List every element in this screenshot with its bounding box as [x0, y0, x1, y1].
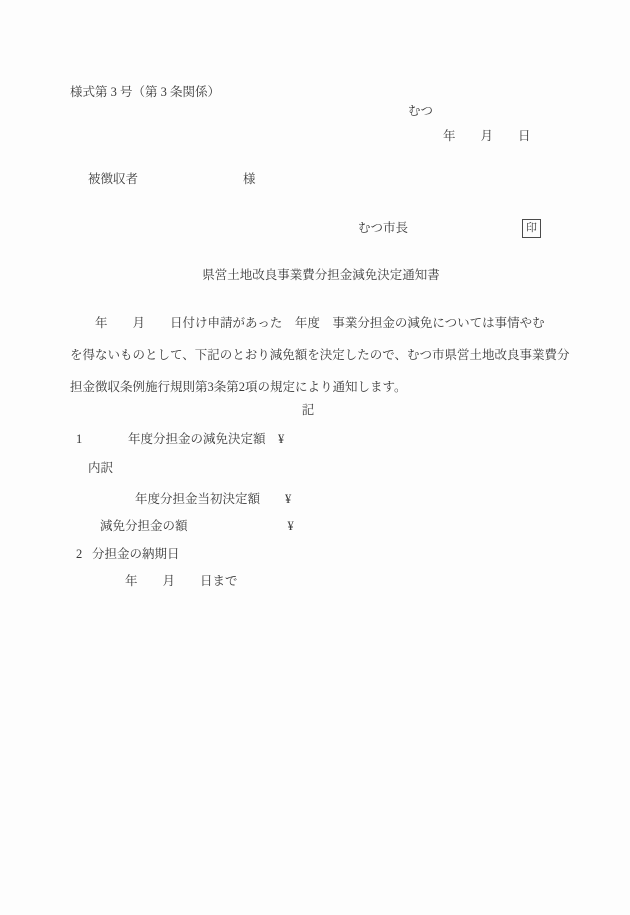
- body-line-3: 担金徴収条例施行規則第3条第2項の規定により通知します。: [70, 380, 407, 396]
- form-number: 様式第 3 号（第 3 条関係）: [70, 85, 220, 101]
- addressee-honorific: 様: [243, 172, 256, 186]
- addressee-label: 被徴収者: [88, 172, 138, 186]
- item-1-number: 1: [76, 432, 82, 448]
- document-page: 様式第 3 号（第 3 条関係） むつ 年 月 日 被徴収者様 むつ市長 印 県…: [0, 0, 630, 915]
- breakdown-reduction-amount: 減免分担金の額 ¥: [100, 519, 294, 535]
- body-line-2: を得ないものとして、下記のとおり減免額を決定したので、むつ市県営土地改良事業費分: [70, 348, 570, 364]
- breakdown-label: 内訳: [88, 461, 113, 477]
- issue-date-blank-line: 年 月 日: [443, 129, 531, 145]
- due-date-blank-line: 年 月 日まで: [125, 574, 238, 590]
- document-title: 県営土地改良事業費分担金減免決定通知書: [0, 268, 630, 284]
- addressee-line: 被徴収者様: [88, 172, 256, 188]
- seal-box: 印: [522, 219, 541, 238]
- item-2-number: 2: [76, 547, 82, 563]
- body-line-1: 年 月 日付け申請があった 年度 事業分担金の減免については事情やむ: [70, 316, 545, 332]
- item-2-due-date-label: 分担金の納期日: [92, 547, 180, 563]
- seal-mark: 印: [526, 223, 537, 234]
- breakdown-initial-decided-amount: 年度分担金当初決定額 ¥: [135, 492, 291, 508]
- item-1-reduction-decided-amount: 年度分担金の減免決定額 ¥: [128, 432, 284, 448]
- mayor-signature-label: むつ市長: [358, 221, 408, 237]
- issuing-city-name: むつ: [408, 104, 433, 120]
- record-marker: 記: [0, 403, 630, 419]
